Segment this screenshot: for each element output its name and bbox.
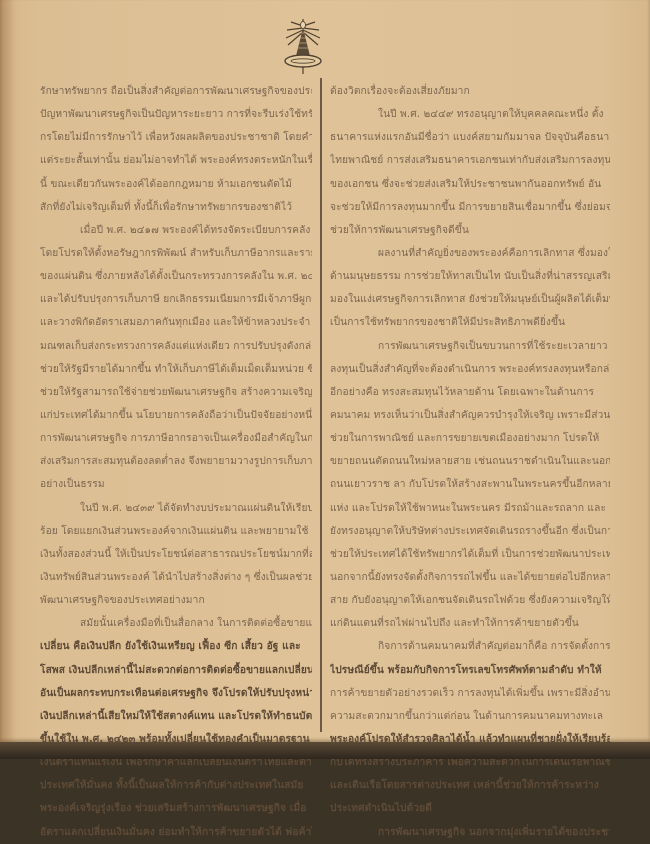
text-line: พัฒนาเศรษฐกิจของประเทศอย่างมาก [40,589,312,612]
text-line: สักที่ยังไม่เจริญเต็มที่ ทั้งนี้ก็เพื่อร… [40,196,312,219]
text-line: ส่งเสริมการสะสมทุนต้องลดต่ำลง จึงพยายามว… [40,450,312,473]
text-line: เป็นการใช้ทรัพยากรของชาติให้มีประสิทธิภา… [330,311,610,334]
paragraph-start: เมื่อปี พ.ศ. ๒๔๑๗ พระองค์ได้ทรงจัดระเบีย… [40,219,312,242]
text-line: มองในแง่เศรษฐกิจการเลิกทาส ยังช่วยให้มนุ… [330,288,610,311]
text-line: เงินทั้งสองส่วนนี้ ให้เป็นประโยชน์ต่อสาธ… [40,543,312,566]
text-line: อันเป็นผลกระทบกระเทือนต่อเศรษฐกิจ จึงโปร… [40,682,312,705]
text-line: เงินทรัพย์สินส่วนพระองค์ ได้นำไปสร้างสิ่… [40,566,312,589]
book-page: รักษาทรัพยากร ถือเป็นสิ่งสำคัญต่อการพัฒน… [0,0,650,742]
text-line: คมนาคม ทรงเห็นว่าเป็นสิ่งสำคัญควรบำรุงให… [330,404,610,427]
text-line: สาย กับยังอนุญาตให้เอกชนจัดเดินรถไฟด้วย … [330,589,610,612]
text-line: ช่วยให้รัฐสามารถใช้จ่ายช่วยพัฒนาเศรษฐกิจ… [40,381,312,404]
text-line: แก่ดินแดนที่รถไฟผ่านไปถึง และทำให้การค้า… [330,612,610,635]
text-line: และได้ปรับปรุงการเก็บภาษี ยกเลิกธรรมเนีย… [40,288,312,311]
column-divider [320,78,322,732]
text-line: ขยายถนนตัดถนนใหม่หลายสาย เช่นถนนราชดำเนิ… [330,450,610,473]
paragraph-start: กิจการด้านคมนาคมที่สำคัญต่อมาก็คือ การจั… [330,635,610,658]
paragraph-start: ในปี พ.ศ. ๒๔๓๙ ได้จัดทำงบประมาณแผ่นดินให… [40,497,312,520]
text-line: ช่วยให้การพัฒนาเศรษฐกิจดีขึ้น [330,219,610,242]
paragraph-start: สมัยนั้นเครื่องมือที่เป็นสื่อกลาง ในการต… [40,612,312,635]
text-line: ช่วยในการพาณิชย์ และการขยายเขตเมืองอย่าง… [330,427,610,450]
text-line: การพัฒนาเศรษฐกิจ การภาษีอากรอาจเป็นเครื่… [40,427,312,450]
text-line: และวางพิกัดอัตราเสมอภาคกันทุกเมือง และให… [40,311,312,334]
text-line: กรโดยไม่มีการรักษาไว้ เพื่อหวังผลผลิตของ… [40,126,312,149]
paragraph-start: การพัฒนาเศรษฐกิจเป็นขบวนการที่ใช้ระยะเวล… [330,335,610,358]
text-line: เปลี่ยน คือเงินปลีก ยังใช้เงินเหรียญ เฟื… [40,635,312,658]
text-line: แต่ระยะสั้นเท่านั้น ย่อมไม่อาจทำได้ พระอ… [40,149,312,172]
paragraph-start: ผลงานที่สำคัญยิ่งของพระองค์คือการเลิกทาส… [330,242,610,265]
text-line: ถนนเยาวราช ลา กับโปรดให้สร้างสะพานในพระน… [330,473,610,496]
text-line: ร้อย โดยแยกเงินส่วนพระองค์จากเงินแผ่นดิน… [40,520,312,543]
text-line: มณฑลเก็บส่งกระทรวงการคลังแต่แห่งเดียว กา… [40,335,312,358]
text-line: ต้องวิตกเรื่องจะต้องเสี่ยงภัยมาก [330,80,610,103]
text-line: จะช่วยให้มีการลงทุนมากขึ้น มีการขยายสินเ… [330,196,610,219]
left-column: รักษาทรัพยากร ถือเป็นสิ่งสำคัญต่อการพัฒน… [40,80,312,759]
text-line: ช่วยให้ประเทศได้ใช้ทรัพยากรได้เต็มที่ เป… [330,543,610,566]
text-line: ของเอกชน ซึ่งจะช่วยส่งเสริมให้ประชาชนพาก… [330,173,610,196]
text-line: เงินปลีกเหล่านี้เสียใหม่ให้ใช้สตางค์แทน … [40,705,312,728]
text-line: ไทยพาณิชย์ การส่งเสริมธนาคารเอกชนเท่ากับ… [330,149,610,172]
text-line: ไปรษณีย์ขึ้น พร้อมกับกิจการโทรเลขโทรศัพท… [330,659,610,682]
text-line: ของแผ่นดิน ซึ่งภายหลังได้ตั้งเป็นกระทรวง… [40,265,312,288]
text-line: ปัญหาพัฒนาเศรษฐกิจเป็นปัญหาระยะยาว การที… [40,103,312,126]
text-line: แก่ประเทศได้มากขึ้น นโยบายการคลังถือว่าเ… [40,404,312,427]
text-line: ลงทุนเป็นสิ่งสำคัญที่จะต้องดำเนินการ พระ… [330,358,610,381]
text-line: ธนาคารแห่งแรกอันมีชื่อว่า แบงค์สยามกัมมา… [330,126,610,149]
text-line: รักษาทรัพยากร ถือเป็นสิ่งสำคัญต่อการพัฒน… [40,80,312,103]
text-line: นอกจากนี้ยังทรงจัดตั้งกิจการรถไฟขึ้น และ… [330,566,610,589]
text-line: แห่ง และโปรดให้ใช้พาหนะในพระนคร มีรถม้าแ… [330,497,610,520]
paragraph-start: ในปี พ.ศ. ๒๔๔๙ ทรงอนุญาตให้บุคคลคณะหนึ่ง… [330,103,610,126]
text-line: อย่างเป็นธรรม [40,473,312,496]
text-line: โดยโปรดให้ตั้งหอรัษฎากรพิพัฒน์ สำหรับเก็… [40,242,312,265]
text-line: ช่วยให้รัฐมีรายได้มากขึ้น ทำให้เก็บภาษีไ… [40,358,312,381]
right-column: ต้องวิตกเรื่องจะต้องเสี่ยงภัยมาก ในปี พ.… [330,80,610,759]
text-line: ยังทรงอนุญาตให้บริษัทต่างประเทศจัดเดินรถ… [330,520,610,543]
text-line: อีกอย่างคือ ทรงสะสมทุนไว้หลายด้าน โดยเฉพ… [330,381,610,404]
text-line: ความสะดวกมากขึ้นกว่าแต่ก่อน ในด้านการคมน… [330,705,610,728]
text-line: นี้ ขณะเดียวกันพระองค์ได้ออกกฎหมาย ห้ามเ… [40,173,312,196]
text-line: การค้าขยายตัวอย่างรวดเร็ว การลงทุนได้เพิ… [330,682,610,705]
phra-kiao-emblem-icon [283,18,323,74]
page-bottom-edge [0,742,650,759]
text-line: โสพส เงินปลีกเหล่านี้ไม่สะดวกต่อการติดต่… [40,659,312,682]
text-line: ด้านมนุษยธรรม การช่วยให้ทาสเป็นไท นับเป็… [330,265,610,288]
